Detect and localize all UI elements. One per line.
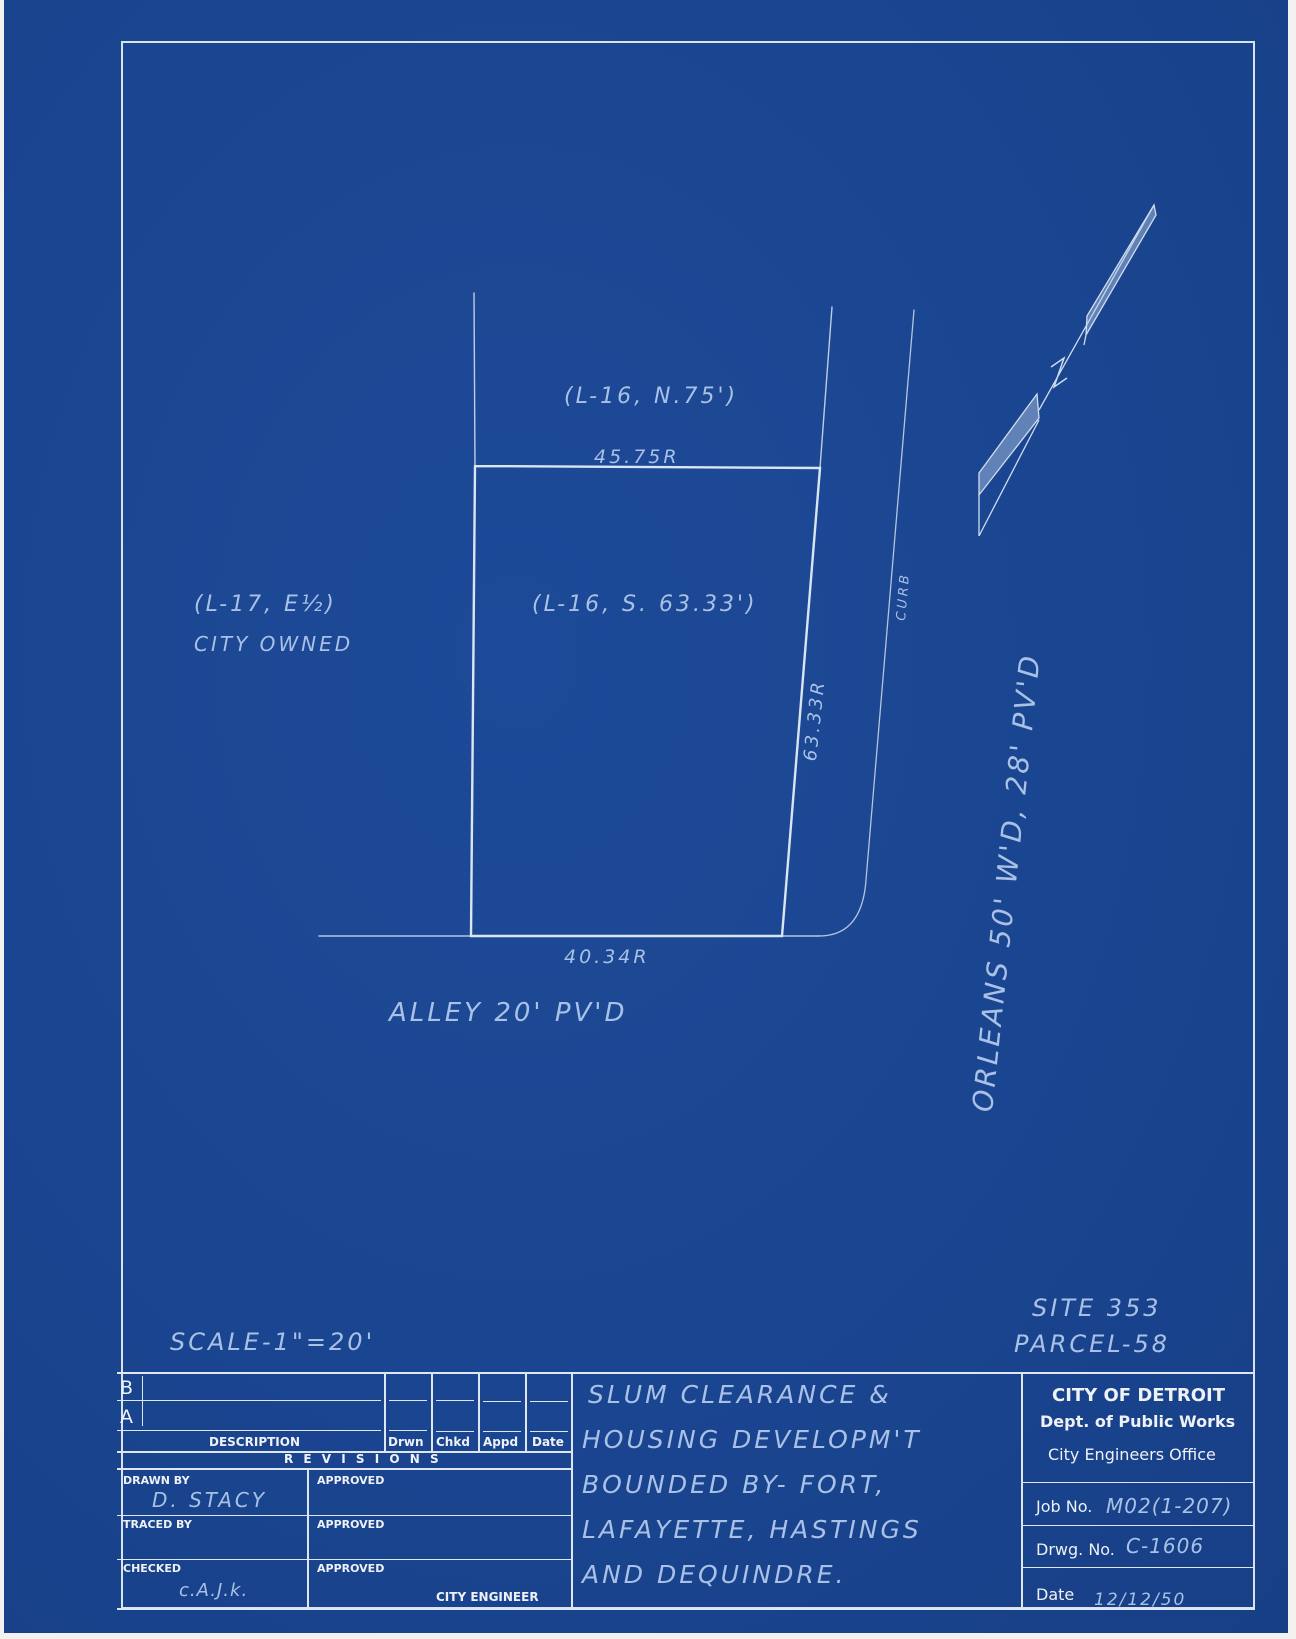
drawn-by-label: DRAWN BY — [123, 1474, 190, 1487]
revisions-title: R E V I S I O N S — [284, 1452, 442, 1466]
description-line-2: HOUSING DEVELOPM'T — [582, 1425, 922, 1454]
approved-label-3: APPROVED — [317, 1562, 384, 1575]
city-engineer-label: CITY ENGINEER — [436, 1590, 539, 1604]
revision-column-drwn: Drwn — [388, 1435, 424, 1449]
west-parcel-label: (L-17, E½) — [194, 592, 337, 617]
approved-label-1: APPROVED — [317, 1474, 384, 1487]
date-value: 12/12/50 — [1094, 1590, 1186, 1610]
parcel-label: PARCEL-58 — [1014, 1330, 1170, 1358]
bottom-dimension: 40.34R — [564, 946, 650, 968]
job-no-value: M02(1-207) — [1106, 1494, 1232, 1518]
revision-letter-b: B — [120, 1377, 133, 1399]
office-name: City Engineers Office — [1048, 1445, 1216, 1464]
checked-value: c.A.J.k. — [179, 1580, 248, 1601]
west-parcel-owner: CITY OWNED — [194, 632, 353, 656]
alley-label: ALLEY 20' PV'D — [389, 998, 627, 1028]
subject-parcel-label: (L-16, S. 63.33') — [532, 592, 758, 617]
job-no-label: Job No. — [1036, 1497, 1092, 1516]
drwg-no-label: Drwg. No. — [1036, 1540, 1115, 1559]
north-parcel-label: (L-16, N.75') — [564, 384, 738, 409]
revision-column-description: DESCRIPTION — [209, 1435, 300, 1449]
revision-letter-a: A — [120, 1406, 133, 1428]
revision-column-appd: Appd — [483, 1435, 518, 1449]
description-line-5: AND DEQUINDRE. — [582, 1560, 846, 1589]
description-line-3: BOUNDED BY- FORT, — [582, 1470, 886, 1499]
top-dimension: 45.75R — [594, 446, 680, 468]
north-arrow-icon — [979, 205, 1156, 536]
blueprint-sheet: (L-16, N.75') 45.75R (L-16, S. 63.33') (… — [4, 0, 1288, 1633]
drwg-no-value: C-1606 — [1126, 1534, 1204, 1558]
date-label: Date — [1036, 1585, 1074, 1604]
description-line-1: SLUM CLEARANCE & — [588, 1380, 892, 1409]
organization-name: CITY OF DETROIT — [1052, 1385, 1225, 1406]
revision-column-date: Date — [532, 1435, 564, 1449]
revision-column-chkd: Chkd — [436, 1435, 470, 1449]
checked-label: CHECKED — [123, 1562, 181, 1575]
scale-note: SCALE-1"=20' — [170, 1328, 375, 1356]
approved-label-2: APPROVED — [317, 1518, 384, 1531]
description-line-4: LAFAYETTE, HASTINGS — [582, 1515, 922, 1544]
drawn-by-value: D. STACY — [152, 1488, 267, 1512]
site-label: SITE 353 — [1032, 1294, 1162, 1322]
department-name: Dept. of Public Works — [1040, 1412, 1235, 1431]
traced-by-label: TRACED BY — [123, 1518, 192, 1531]
